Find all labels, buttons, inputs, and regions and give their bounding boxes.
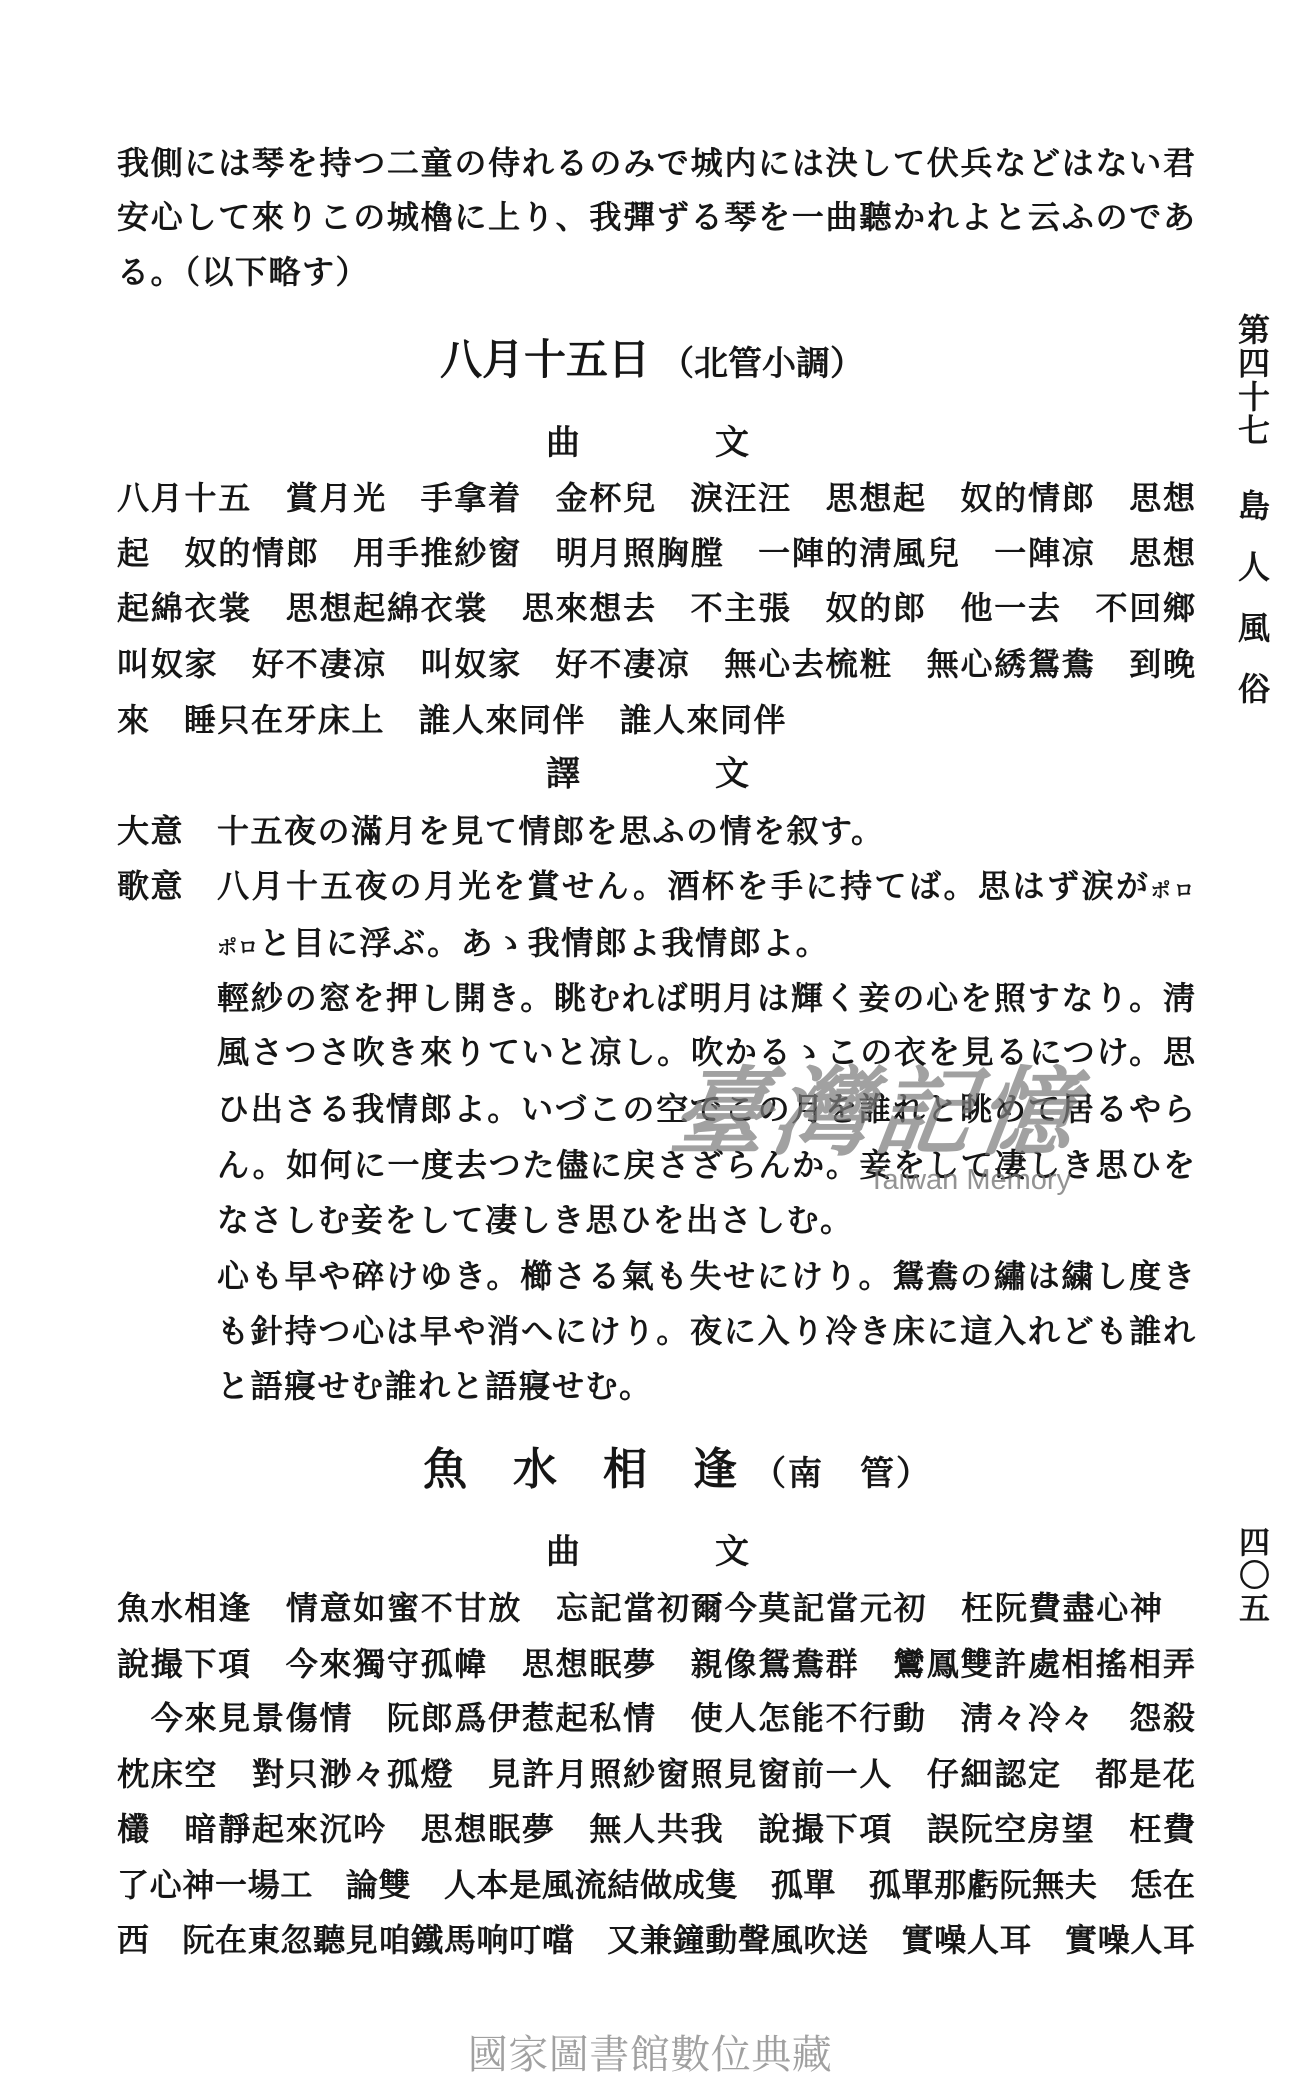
summary-label: 大意: [117, 811, 184, 851]
running-head-chapter: 第四十七: [1229, 313, 1275, 447]
footer-credit: 國家圖書館數位典藏: [0, 2033, 1300, 2077]
song1-lyrics-heading-left: 曲: [546, 425, 580, 461]
song1-lyric-line: 起綿衣裳 思想起綿衣裳 思來想去 不主張 奴的郎 他一去 不回鄉: [117, 588, 1195, 628]
running-head-subject: 島人風俗: [1229, 489, 1275, 733]
meaning-line: ポロと目に浮ぶ。あゝ我情郎よ我情郎よ。: [217, 923, 1195, 963]
meaning-line: 心も早や碎けゆき。櫛さる氣も失せにけり。鴛鴦の繡は繍し度き: [217, 1256, 1195, 1296]
meaning-text: と目に浮ぶ。あゝ我情郎よ我情郎よ。: [259, 924, 829, 962]
song1-genre: （北管小調）: [660, 339, 864, 389]
song2-lyric-line: 了心神一場工 論雙 人本是風流結做成隻 孤單 孤單那虧阮無夫 恁在: [117, 1865, 1195, 1905]
meaning-small-kana: ポロ: [1151, 878, 1196, 902]
meaning-line: と語寢せむ誰れと語寢せむ。: [217, 1366, 1195, 1406]
song2-lyrics-heading-left: 曲: [546, 1534, 580, 1570]
song1-lyric-line: 來 睡只在牙床上 誰人來同伴 誰人來同伴: [117, 700, 1195, 740]
page-number: 四〇五: [1229, 1526, 1274, 1625]
song2-lyric-line: 欉 暗靜起來沉吟 思想眠夢 無人共我 說撮下項 誤阮空房望 枉費: [117, 1809, 1195, 1849]
intro-line: 我側には琴を持つ二童の侍れるのみで城内には決して伏兵などはない君: [117, 143, 1195, 183]
meaning-line: 風さつさ吹き來りていと凉し。吹かるゝこの衣を見るにつけ。思: [217, 1032, 1195, 1072]
song1-lyrics-heading-right: 文: [715, 425, 749, 461]
summary-text: 十五夜の滿月を見て情郎を思ふの情を叙す。: [217, 811, 1195, 851]
meaning-label: 歌意: [117, 866, 184, 906]
song1-lyric-line: 叫奴家 好不凄凉 叫奴家 好不凄凉 無心去梳粧 無心綉鴛鴦 到晚: [117, 644, 1195, 684]
song1-title: 八月十五日: [440, 335, 650, 385]
song2-lyric-line: 西 阮在東忽聽見咱鐵馬响叮噹 又兼鐘動聲風吹送 實噪人耳 實噪人耳: [117, 1920, 1195, 1960]
intro-line: る。（以下略す）: [117, 252, 1195, 292]
song2-genre: （南 管）: [752, 1449, 932, 1499]
song2-lyric-line: 枕床空 對只渺々孤燈 見許月照紗窗照見窗前一人 仔細認定 都是花: [117, 1754, 1195, 1794]
meaning-line: ん。如何に一度去つた儘に戻さざらんか。妾をして凄しき思ひを: [217, 1145, 1195, 1185]
meaning-small-kana: ポロ: [217, 935, 259, 959]
book-page: 第四十七 島人風俗 四〇五 我側には琴を持つ二童の侍れるのみで城内には決して伏兵…: [0, 0, 1300, 2100]
song2-title: 魚水相逢: [423, 1445, 783, 1495]
song2-lyrics-heading-right: 文: [715, 1534, 749, 1570]
song2-lyric-line: 說撮下項 今來獨守孤幃 思想眠夢 親像鴛鴦群 鸞鳳雙許處相搖相弄: [117, 1644, 1195, 1684]
song1-lyric-line: 八月十五 賞月光 手拿着 金杯兒 淚汪汪 思想起 奴的情郎 思想: [117, 478, 1195, 518]
meaning-line: ひ出さる我情郎よ。いづこの空でこの月を誰れと眺めて居るやら: [217, 1089, 1195, 1129]
intro-line: 安心して來りこの城櫓に上り、我彈ずる琴を一曲聽かれよと云ふのであ: [117, 197, 1195, 237]
song1-translation-heading-right: 文: [715, 756, 749, 792]
meaning-line: 八月十五夜の月光を賞せん。酒杯を手に持てば。思はず涙がポロ: [217, 866, 1195, 906]
meaning-line: も針持つ心は早や消へにけり。夜に入り冷き床に這入れども誰れ: [217, 1311, 1195, 1351]
song2-lyric-line: 今來見景傷情 阮郎爲伊惹起私情 使人怎能不行動 淸々冷々 怨殺: [117, 1698, 1195, 1738]
song1-translation-heading-left: 譯: [546, 756, 580, 792]
meaning-line: なさしむ妾をして凄しき思ひを出さしむ。: [217, 1200, 1195, 1240]
meaning-line: 輕紗の窓を押し開き。眺むれば明月は輝く妾の心を照すなり。淸: [217, 978, 1195, 1018]
song2-lyric-line: 魚水相逢 情意如蜜不甘放 忘記當初爾今莫記當元初 枉阮費盡心神: [117, 1588, 1162, 1628]
song1-lyric-line: 起 奴的情郎 用手推紗窗 明月照胸膛 一陣的淸風兒 一陣凉 思想: [117, 533, 1195, 573]
meaning-text: 八月十五夜の月光を賞せん。酒杯を手に持てば。思はず涙が: [217, 867, 1151, 905]
